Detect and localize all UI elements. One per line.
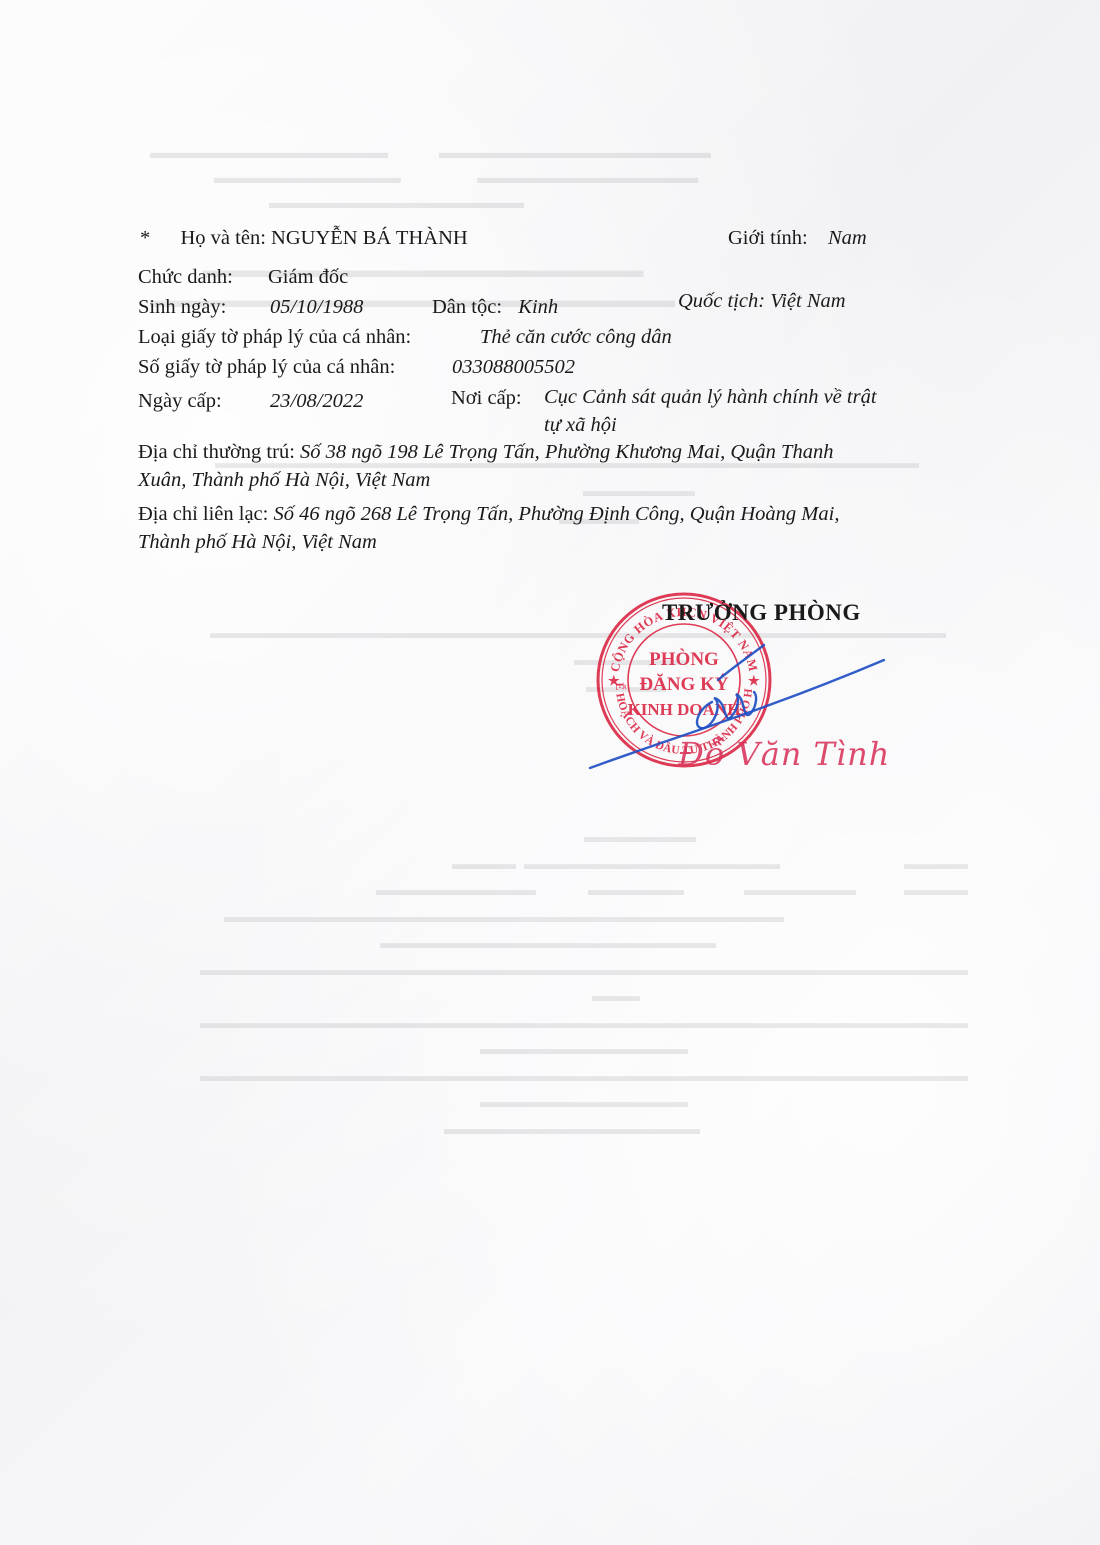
permanent-address-line-1: Số 38 ngõ 198 Lê Trọng Tấn, Phường Khươn… <box>300 441 833 463</box>
issue-place-value: Cục Cảnh sát quản lý hành chính về trật … <box>544 383 877 439</box>
title-label: Chức danh: <box>138 266 233 288</box>
issue-date-row: Ngày cấp: <box>138 391 222 412</box>
name-row: * Họ và tên: NGUYỄN BÁ THÀNH <box>140 228 468 249</box>
id-type-value: Thẻ căn cước công dân <box>480 326 672 348</box>
id-type-row: Loại giấy tờ pháp lý của cá nhân: <box>138 327 411 348</box>
nationality-value: Việt Nam <box>770 290 845 312</box>
nationality-label: Quốc tịch: <box>678 290 765 312</box>
contact-address-line-2: Thành phố Hà Nội, Việt Nam <box>138 528 839 556</box>
representative-name: NGUYỄN BÁ THÀNH <box>271 227 468 249</box>
contact-address-line-1: Số 46 ngõ 268 Lê Trọng Tấn, Phường Định … <box>273 503 839 525</box>
bleed-through-texture: ▬▬▬▬▬▬▬ ▬▬▬▬ ▬▬▬▬▬▬▬▬▬▬▬▬▬▬▬▬ ▬▬▬▬ ▬▬▬▬ … <box>200 825 968 1143</box>
signer-name: Đỗ Văn Tình <box>678 735 890 773</box>
issue-date-label: Ngày cấp: <box>138 390 222 412</box>
signature-heading: TRƯỞNG PHÒNG <box>662 600 861 626</box>
name-label: Họ và tên: <box>181 227 266 249</box>
issue-place-line-1: Cục Cảnh sát quản lý hành chính về trật <box>544 383 877 411</box>
issue-date-value: 23/08/2022 <box>270 390 363 412</box>
title-row: Chức danh: <box>138 267 233 288</box>
bleed-through-texture: ▬▬▬▬▬▬▬▬▬▬▬▬▬▬▬▬ ▬▬▬▬▬▬▬▬▬▬▬▬▬▬ ▬▬▬▬▬▬▬▬… <box>150 140 711 215</box>
contact-address: Địa chỉ liên lạc: Số 46 ngõ 268 Lê Trọng… <box>138 500 839 556</box>
ethnicity-row: Dân tộc: Kinh <box>432 297 558 318</box>
id-number-label: Số giấy tờ pháp lý của cá nhân: <box>138 356 395 378</box>
ethnicity-value: Kinh <box>518 296 558 318</box>
id-number-row: Số giấy tờ pháp lý của cá nhân: <box>138 357 395 378</box>
ethnicity-label: Dân tộc: <box>432 296 502 318</box>
permanent-address-line-2: Xuân, Thành phố Hà Nội, Việt Nam <box>138 466 833 494</box>
gender-row: Giới tính: Nam <box>728 228 867 249</box>
nationality-row: Quốc tịch: Việt Nam <box>678 291 846 312</box>
contact-address-label: Địa chỉ liên lạc: <box>138 503 268 525</box>
issue-place-line-2: tự xã hội <box>544 411 877 439</box>
gender-label: Giới tính: <box>728 227 808 249</box>
issue-place-label: Nơi cấp: <box>451 387 522 409</box>
bullet-asterisk: * <box>140 227 150 249</box>
gender-value: Nam <box>828 227 867 249</box>
id-number-value: 033088005502 <box>452 356 575 378</box>
permanent-address-label: Địa chỉ thường trú: <box>138 441 295 463</box>
dob-row: Sinh ngày: <box>138 297 226 318</box>
issue-place-row: Nơi cấp: <box>451 388 522 409</box>
dob-label: Sinh ngày: <box>138 296 226 318</box>
permanent-address: Địa chỉ thường trú: Số 38 ngõ 198 Lê Trọ… <box>138 438 833 494</box>
dob-value: 05/10/1988 <box>270 296 363 318</box>
id-type-label: Loại giấy tờ pháp lý của cá nhân: <box>138 326 411 348</box>
title-value: Giám đốc <box>268 266 348 288</box>
